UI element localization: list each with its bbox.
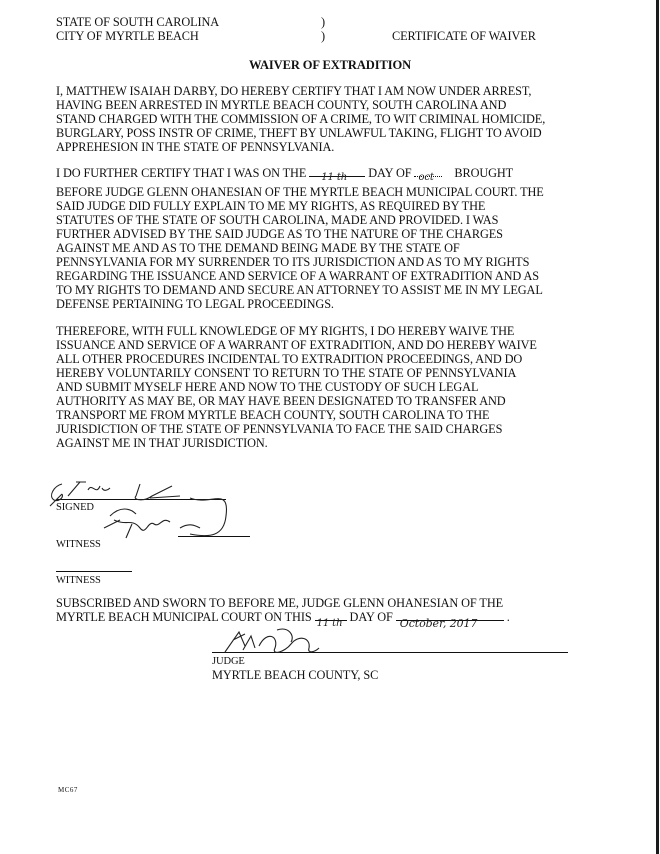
text-line: STAND CHARGED WITH THE COMMISSION OF A C… xyxy=(56,112,545,127)
document-title: WAIVER OF EXTRADITION xyxy=(0,58,660,73)
scan-edge xyxy=(656,0,659,854)
text-line: DEFENSE PERTAINING TO LEGAL PROCEEDINGS. xyxy=(56,297,334,312)
text-line: HEREBY VOLUNTARILY CONSENT TO RETURN TO … xyxy=(56,366,516,381)
text-line: AGAINST ME AND AS TO THE DEMAND BEING MA… xyxy=(56,241,460,256)
text-line: FURTHER ADVISED BY THE SAID JUDGE AS TO … xyxy=(56,227,503,242)
text-fragment: . xyxy=(507,610,510,624)
handwritten-month: oct xyxy=(418,170,433,185)
header-paren: ) xyxy=(321,15,325,30)
text-fragment: DAY OF xyxy=(350,610,393,624)
text-line: JURISDICTION OF THE STATE OF PENNSYLVANI… xyxy=(56,422,502,437)
form-code: MC67 xyxy=(58,786,78,794)
text-fragment: DAY OF xyxy=(368,166,411,180)
sworn-month-blank: October, 2017 xyxy=(396,620,504,621)
header-paren: ) xyxy=(321,29,325,44)
handwritten-month-year: October, 2017 xyxy=(400,616,478,631)
text-line: BEFORE JUDGE GLENN OHANESIAN OF THE MYRT… xyxy=(56,185,544,200)
text-line: I, MATTHEW ISAIAH DARBY, DO HEREBY CERTI… xyxy=(56,84,531,99)
text-line: REGARDING THE ISSUANCE AND SERVICE OF A … xyxy=(56,269,539,284)
text-fragment: BROUGHT xyxy=(454,166,513,180)
text-line: TO MY RIGHTS TO DEMAND AND SECURE AN ATT… xyxy=(56,283,543,298)
header-city: CITY OF MYRTLE BEACH xyxy=(56,29,199,44)
sworn-line-2: MYRTLE BEACH MUNICIPAL COURT ON THIS 11 … xyxy=(56,610,510,625)
month-blank: oct xyxy=(414,176,442,177)
text-line: HAVING BEEN ARRESTED IN MYRTLE BEACH COU… xyxy=(56,98,506,113)
text-line: ISSUANCE AND SERVICE OF A WARRANT OF EXT… xyxy=(56,338,537,353)
text-line: BURGLARY, POSS INSTR OF CRIME, THEFT BY … xyxy=(56,126,542,141)
text-line: PENNSYLVANIA FOR MY SURRENDER TO ITS JUR… xyxy=(56,255,529,270)
text-line: STATUTES OF THE STATE OF SOUTH CAROLINA,… xyxy=(56,213,498,228)
text-line: AUTHORITY AS MAY BE, OR MAY HAVE BEEN DE… xyxy=(56,394,506,409)
day-blank: 11 th xyxy=(309,176,365,177)
text-line: THEREFORE, WITH FULL KNOWLEDGE OF MY RIG… xyxy=(56,324,514,339)
witness2-label: WITNESS xyxy=(56,573,101,588)
text-line: SAID JUDGE DID FULLY EXPLAIN TO ME MY RI… xyxy=(56,199,485,214)
text-line: AND SUBMIT MYSELF HERE AND NOW TO THE CU… xyxy=(56,380,478,395)
document-page: STATE OF SOUTH CAROLINA CITY OF MYRTLE B… xyxy=(0,0,660,854)
header-state: STATE OF SOUTH CAROLINA xyxy=(56,15,219,30)
sworn-line-1: SUBSCRIBED AND SWORN TO BEFORE ME, JUDGE… xyxy=(56,596,503,611)
text-line: AGAINST ME IN THAT JURISDICTION. xyxy=(56,436,268,451)
text-fragment: MYRTLE BEACH MUNICIPAL COURT ON THIS xyxy=(56,610,312,624)
sworn-day-blank: 11 th xyxy=(315,620,347,621)
handwritten-day: 11 th xyxy=(321,170,347,185)
certificate-label: CERTIFICATE OF WAIVER xyxy=(392,29,536,44)
witness2-line xyxy=(56,571,132,572)
text-line: APPREHESION IN THE STATE OF PENNSYLVANIA… xyxy=(56,140,334,155)
text-line: I DO FURTHER CERTIFY THAT I WAS ON THE 1… xyxy=(56,166,513,181)
judge-label: JUDGE xyxy=(212,654,245,669)
text-fragment: I DO FURTHER CERTIFY THAT I WAS ON THE xyxy=(56,166,306,180)
text-line: TRANSPORT ME FROM MYRTLE BEACH COUNTY, S… xyxy=(56,408,489,423)
judge-jurisdiction: MYRTLE BEACH COUNTY, SC xyxy=(212,668,378,683)
text-line: ALL OTHER PROCEDURES INCIDENTAL TO EXTRA… xyxy=(56,352,522,367)
